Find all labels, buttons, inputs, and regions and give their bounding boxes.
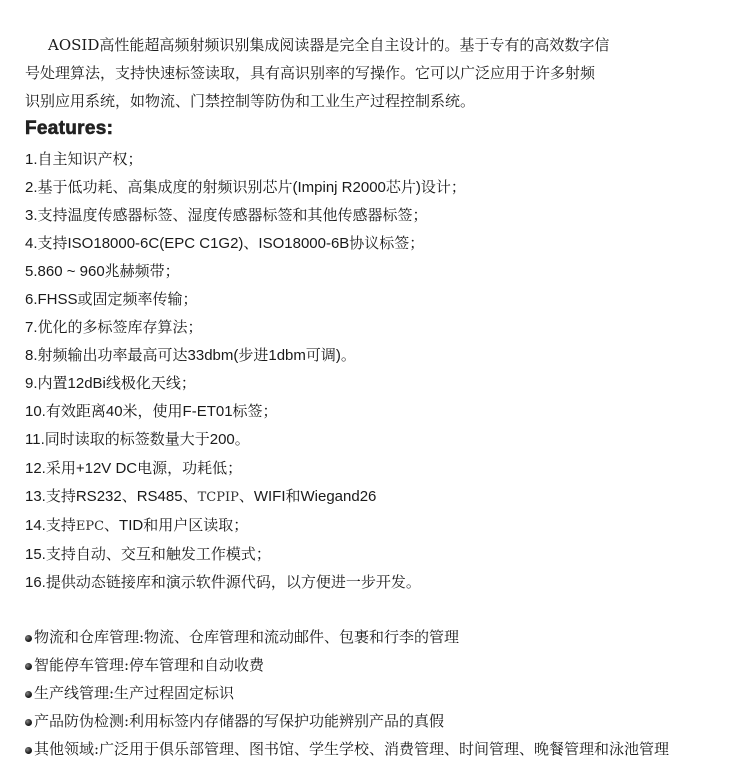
bullet-icon <box>25 635 32 642</box>
feature-item: 16.提供动态链接库和演示软件源代码，以方便进一步开发。 <box>25 569 466 597</box>
feature-item: 13.支持RS232、RS485、TCPIP、WIFI和Wiegand26 <box>25 483 466 512</box>
intro-line: AOSID高性能超高频射频识别集成阅读器是完全自主设计的。基于专有的高效数字信 <box>25 31 725 59</box>
feature-text: 、TID和用户区读取； <box>104 517 248 534</box>
feature-item: 8.射频输出功率最高可达33dbm(步进1dbm可调)。 <box>25 342 466 370</box>
intro-line: 号处理算法，支持快速标签读取，具有高识别率的写操作。它可以广泛应用于许多射频 <box>25 59 725 87</box>
feature-item: 15.支持自动、交互和触发工作模式； <box>25 541 466 569</box>
intro-paragraph: AOSID高性能超高频射频识别集成阅读器是完全自主设计的。基于专有的高效数字信 … <box>25 31 725 115</box>
feature-item: 5.860 ~ 960兆赫频带； <box>25 258 466 286</box>
feature-item: 9.内置12dBi线极化天线； <box>25 370 466 398</box>
feature-item: 3.支持温度传感器标签、湿度传感器标签和其他传感器标签； <box>25 202 466 230</box>
feature-item: 2.基于低功耗、高集成度的射频识别芯片(Impinj R2000芯片)设计； <box>25 174 466 202</box>
features-list: 1.自主知识产权； 2.基于低功耗、高集成度的射频识别芯片(Impinj R20… <box>25 146 466 597</box>
application-item: 生产线管理:生产过程固定标识 <box>25 679 669 707</box>
application-item: 产品防伪检测:利用标签内存储器的写保护功能辨别产品的真假 <box>25 707 669 735</box>
feature-item: 12.采用+12V DC电源，功耗低； <box>25 455 466 483</box>
application-text: 产品防伪检测:利用标签内存储器的写保护功能辨别产品的真假 <box>34 707 444 735</box>
feature-text: 、WIFI和Wiegand26 <box>239 488 377 505</box>
application-text: 智能停车管理:停车管理和自动收费 <box>34 651 264 679</box>
bullet-icon <box>25 719 32 726</box>
application-item: 物流和仓库管理:物流、仓库管理和流动邮件、包裹和行李的管理 <box>25 623 669 651</box>
bullet-icon <box>25 663 32 670</box>
feature-item: 4.支持ISO18000-6C(EPC C1G2)、ISO18000-6B协议标… <box>25 230 466 258</box>
application-text: 生产线管理:生产过程固定标识 <box>34 679 234 707</box>
feature-item: 10.有效距离40米，使用F-ET01标签； <box>25 398 466 426</box>
feature-item: 7.优化的多标签库存算法； <box>25 314 466 342</box>
application-text: 其他领域:广泛用于俱乐部管理、图书馆、学生学校、消费管理、时间管理、晚餐管理和泳… <box>34 735 669 763</box>
feature-text: 13.支持RS232、RS485、 <box>25 488 198 505</box>
bullet-icon <box>25 747 32 754</box>
application-item: 其他领域:广泛用于俱乐部管理、图书馆、学生学校、消费管理、时间管理、晚餐管理和泳… <box>25 735 669 763</box>
feature-text-serif: TCPIP <box>198 490 239 505</box>
feature-text-serif: EPC <box>76 519 104 534</box>
feature-item: 11.同时读取的标签数量大于200。 <box>25 426 466 454</box>
feature-text: 14.支持 <box>25 517 76 534</box>
feature-item: 6.FHSS或固定频率传输； <box>25 286 466 314</box>
application-item: 智能停车管理:停车管理和自动收费 <box>25 651 669 679</box>
features-heading: Features: <box>25 118 113 140</box>
feature-item: 14.支持EPC、TID和用户区读取； <box>25 512 466 541</box>
bullet-icon <box>25 691 32 698</box>
feature-item: 1.自主知识产权； <box>25 146 466 174</box>
application-text: 物流和仓库管理:物流、仓库管理和流动邮件、包裹和行李的管理 <box>34 623 459 651</box>
intro-line: 识别应用系统，如物流、门禁控制等防伪和工业生产过程控制系统。 <box>25 87 725 115</box>
applications-list: 物流和仓库管理:物流、仓库管理和流动邮件、包裹和行李的管理 智能停车管理:停车管… <box>25 623 669 763</box>
